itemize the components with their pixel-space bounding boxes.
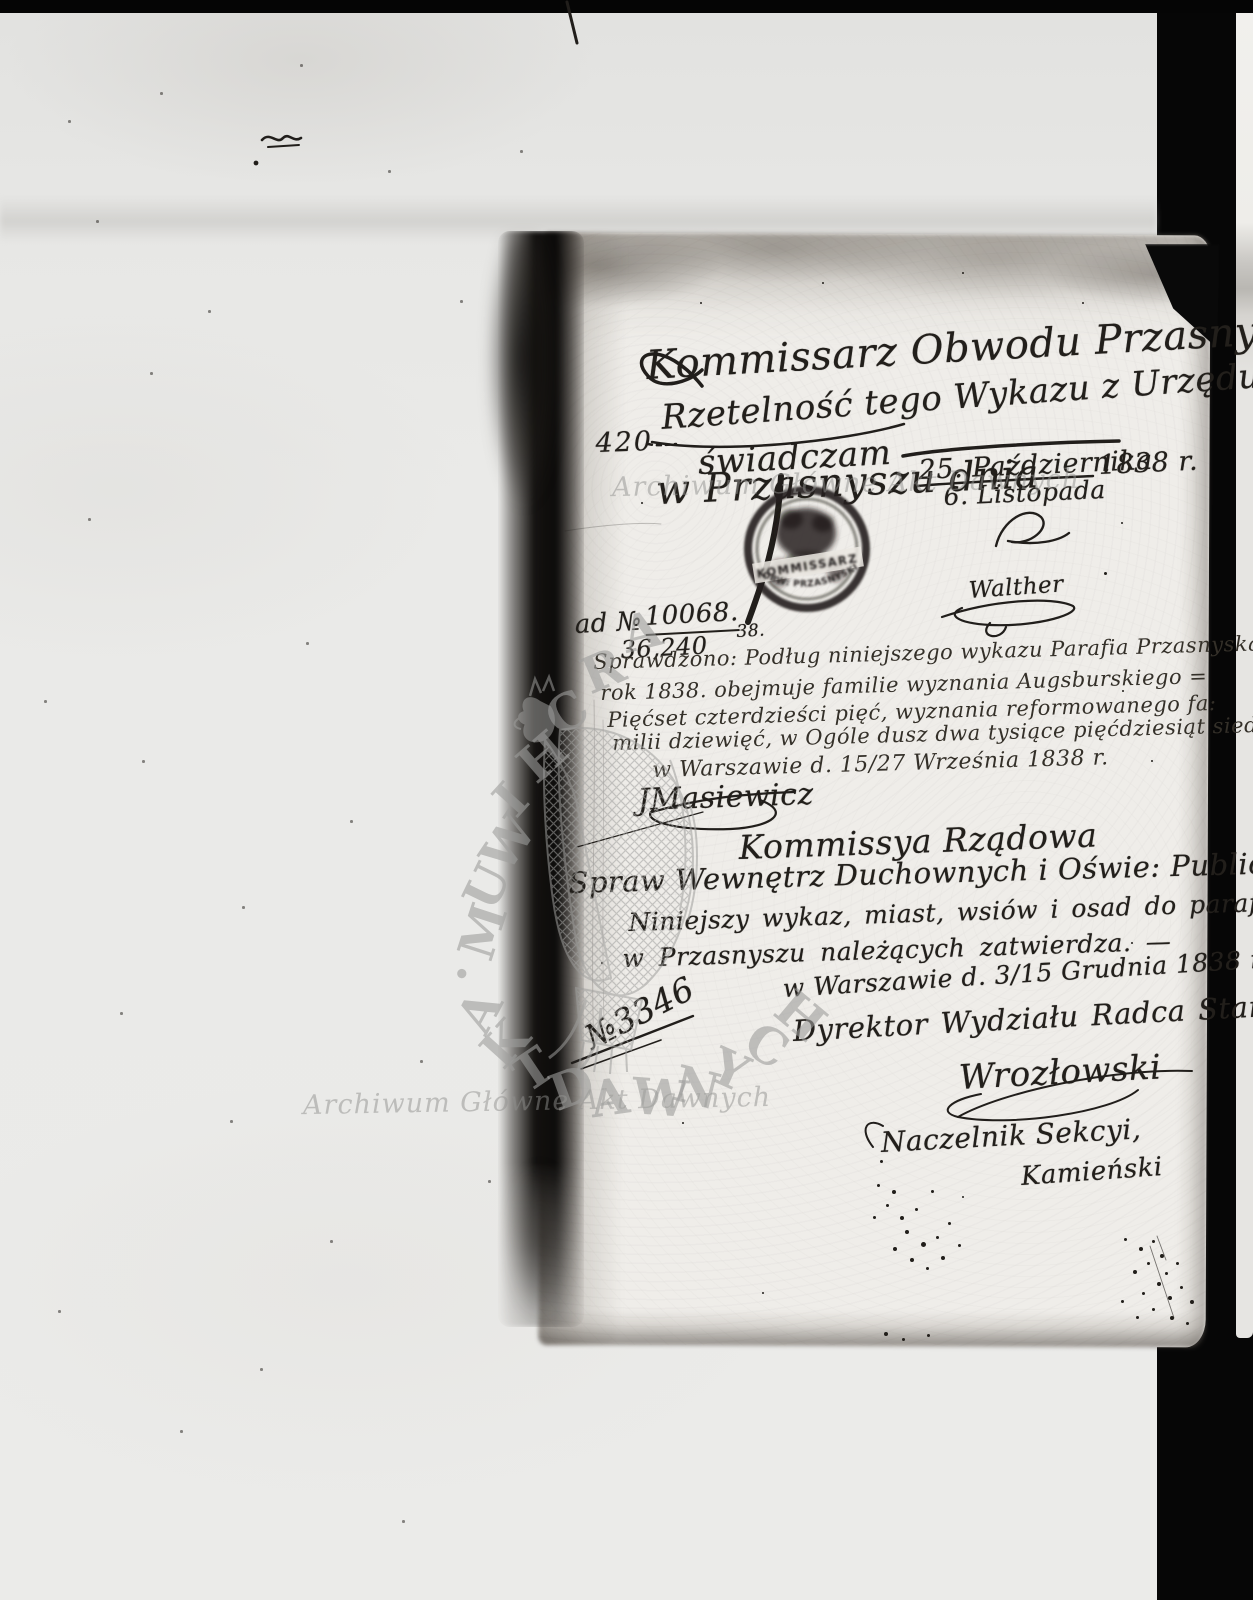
ink-dot bbox=[880, 1160, 883, 1163]
ink-dot bbox=[601, 962, 603, 964]
ink-dot bbox=[905, 1230, 909, 1234]
ink-dot bbox=[1042, 872, 1044, 874]
ink-dot bbox=[762, 1292, 764, 1294]
signature-verifier: JMasiewicz bbox=[637, 777, 814, 818]
film-speck bbox=[300, 64, 303, 67]
ink-dot bbox=[1180, 1286, 1183, 1289]
film-speck bbox=[208, 310, 211, 313]
film-speck bbox=[68, 120, 71, 123]
ink-dot bbox=[1152, 1240, 1155, 1243]
ink-dot bbox=[1151, 760, 1153, 762]
film-speck bbox=[44, 700, 47, 703]
ref-numerator: 10068. bbox=[644, 597, 740, 636]
film-speck bbox=[330, 1240, 333, 1243]
ink-dot bbox=[822, 282, 824, 284]
film-speck bbox=[260, 1368, 263, 1371]
film-speck bbox=[242, 906, 245, 909]
ink-dot bbox=[936, 1236, 939, 1239]
ink-dot bbox=[1168, 1296, 1172, 1300]
film-speck bbox=[160, 92, 163, 95]
film-speck bbox=[58, 1310, 61, 1313]
ink-dot bbox=[886, 1204, 889, 1207]
ink-dot bbox=[926, 1267, 929, 1270]
film-speck bbox=[488, 1180, 491, 1183]
ink-dot bbox=[1147, 1262, 1150, 1265]
spine-smudge-bottom bbox=[500, 1140, 580, 1340]
film-speck bbox=[96, 220, 99, 223]
date-year: 1838 r. bbox=[1098, 446, 1199, 481]
ink-dot bbox=[927, 1334, 930, 1337]
ink-dot bbox=[1142, 1292, 1145, 1295]
film-speck bbox=[306, 642, 309, 645]
ink-dot bbox=[884, 1332, 888, 1336]
page-right-shadow bbox=[1176, 235, 1211, 1347]
ink-dot bbox=[1136, 1316, 1139, 1319]
ink-dot bbox=[962, 272, 964, 274]
ink-dot bbox=[1121, 1300, 1124, 1303]
film-speck bbox=[402, 1520, 405, 1523]
film-speck bbox=[460, 300, 463, 303]
film-speck bbox=[180, 1430, 183, 1433]
spine-smudge-top bbox=[488, 238, 560, 538]
ink-dot bbox=[948, 1222, 951, 1225]
film-speck bbox=[520, 150, 523, 153]
ink-dot bbox=[915, 1208, 918, 1211]
ink-dot bbox=[700, 302, 702, 304]
ink-dot bbox=[1131, 942, 1133, 944]
ink-dot bbox=[682, 1122, 684, 1124]
film-edge-top bbox=[0, 0, 1253, 13]
ink-dot bbox=[958, 1244, 961, 1247]
ink-dot bbox=[892, 1190, 896, 1194]
archival-scan: Kommissarz Obwodu Przasnyskiego Rzetelno… bbox=[0, 0, 1253, 1600]
ink-dot bbox=[641, 502, 643, 504]
ink-dot bbox=[900, 1216, 904, 1220]
ink-dot bbox=[1152, 1308, 1155, 1311]
film-speck bbox=[120, 1012, 123, 1015]
margin-number: 420 bbox=[595, 426, 654, 459]
ink-dot bbox=[1186, 1322, 1189, 1325]
film-speck bbox=[150, 372, 153, 375]
ink-dot bbox=[1133, 1270, 1137, 1274]
ink-dot bbox=[962, 1196, 964, 1198]
ink-dot bbox=[1122, 690, 1124, 692]
ink-dot bbox=[941, 1256, 945, 1260]
ink-dot bbox=[910, 1258, 914, 1262]
ink-dot bbox=[1121, 522, 1123, 524]
ref-suffix: 38. bbox=[736, 621, 766, 642]
ink-dot bbox=[1157, 1282, 1161, 1286]
ink-dot bbox=[873, 1216, 876, 1219]
ink-dot bbox=[1124, 1238, 1127, 1241]
ink-dot bbox=[877, 1184, 880, 1187]
ink-dot bbox=[1160, 1254, 1164, 1258]
ink-dot bbox=[1170, 1316, 1174, 1320]
film-speck bbox=[420, 1060, 423, 1063]
ink-dot bbox=[1190, 1300, 1194, 1304]
adjacent-page-edge bbox=[1236, 10, 1253, 1338]
film-speck bbox=[230, 1120, 233, 1123]
film-speck bbox=[88, 518, 91, 521]
ink-dot bbox=[931, 1190, 934, 1193]
ink-dot bbox=[1082, 302, 1084, 304]
ink-dot bbox=[902, 1338, 905, 1341]
film-speck bbox=[388, 170, 391, 173]
film-speck bbox=[350, 820, 353, 823]
ink-dot bbox=[921, 1242, 926, 1247]
ink-dot bbox=[1165, 1272, 1168, 1275]
film-speck bbox=[142, 760, 145, 763]
ink-dot bbox=[893, 1247, 897, 1251]
ink-dot bbox=[1139, 1247, 1143, 1251]
ink-dot bbox=[1104, 572, 1107, 575]
ink-dot bbox=[1176, 1262, 1179, 1265]
page-bottom-shadow bbox=[539, 1309, 1206, 1348]
